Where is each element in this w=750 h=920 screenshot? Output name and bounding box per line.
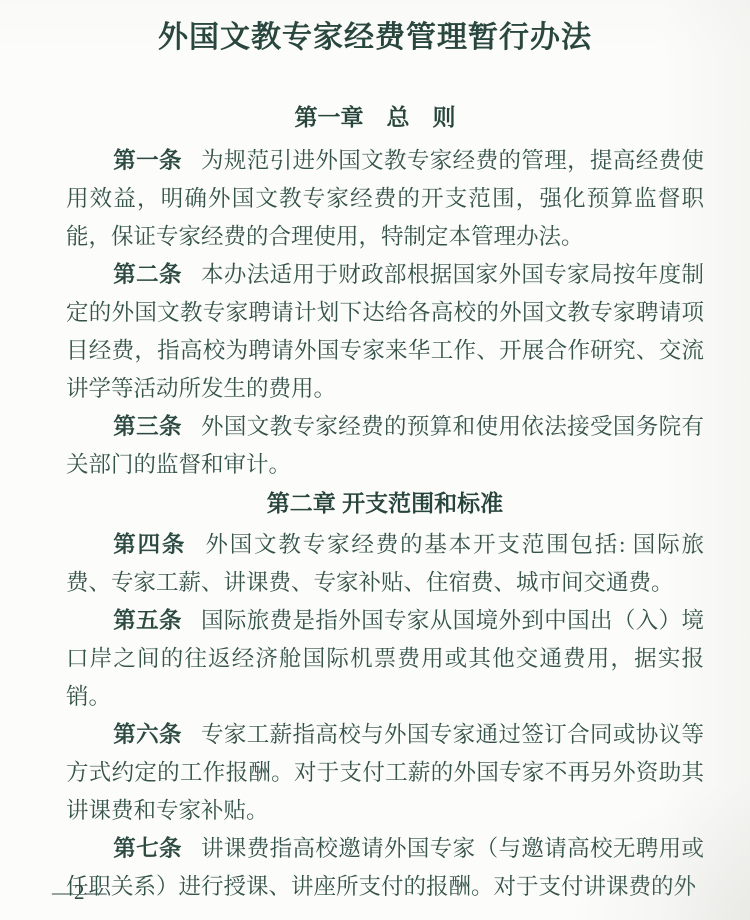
article-7-label: 第七条 [113,836,182,861]
article-1: 第一条为规范引进外国文教专家经费的管理，提高经费使用效益，明确外国文教专家经费的… [66,142,704,256]
article-1-label: 第一条 [113,148,182,173]
article-6-label: 第六条 [113,722,182,747]
article-3-label: 第三条 [113,414,182,439]
article-3: 第三条外国文教专家经费的预算和使用依法接受国务院有关部门的监督和审计。 [66,408,704,484]
article-5: 第五条国际旅费是指外国专家从国境外到中国出（入）境口岸之间的往返经济舱国际机票费… [66,602,704,716]
article-2: 第二条本办法适用于财政部根据国家外国专家局按年度制定的外国文教专家聘请计划下达给… [66,256,704,408]
page-number: —2— [52,880,108,905]
article-4: 第四条外国文教专家经费的基本开支范围包括: 国际旅费、专家工薪、讲课费、专家补贴… [66,526,704,602]
chapter-1-heading: 第一章 总 则 [0,102,750,132]
article-2-label: 第二条 [113,262,182,287]
chapter-2-heading: 第二章 开支范围和标准 [66,488,704,518]
document-body: 第一条为规范引进外国文教专家经费的管理，提高经费使用效益，明确外国文教专家经费的… [66,142,704,906]
article-4-label: 第四条 [113,532,186,557]
article-5-label: 第五条 [113,608,182,633]
article-6: 第六条专家工薪指高校与外国专家通过签订合同或协议等方式约定的工作报酬。对于支付工… [66,716,704,830]
scanned-document-page: 外国文教专家经费管理暂行办法 第一章 总 则 第一条为规范引进外国文教专家经费的… [0,0,750,920]
article-7: 第七条讲课费指高校邀请外国专家（与邀请高校无聘用或任职关系）进行授课、讲座所支付… [66,830,704,906]
document-title: 外国文教专家经费管理暂行办法 [40,20,710,56]
